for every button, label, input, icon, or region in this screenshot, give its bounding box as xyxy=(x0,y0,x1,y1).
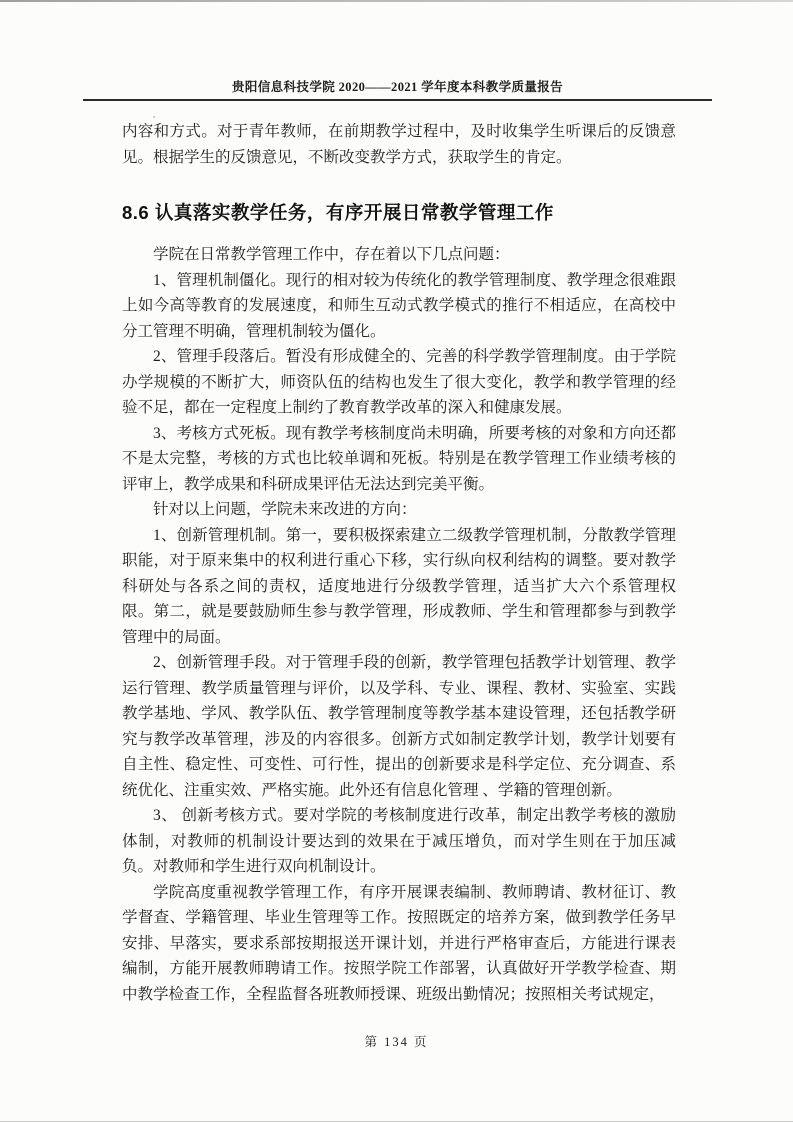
scan-speck xyxy=(227,212,229,214)
paragraph-improvement-intro: 针对以上问题，学院未来改进的方向： xyxy=(122,497,676,523)
header-running-title: 贵阳信息科技学院 2020——2021 学年度本科教学质量报告 xyxy=(232,77,563,95)
paragraph-continuation: 内容和方式。对于青年教师，在前期教学过程中，及时收集学生听课后的反馈意见。根据学… xyxy=(122,119,676,170)
paragraph-problem-3: 3、考核方式死板。现有教学考核制度尚未明确，所要考核的对象和方向还都不是太完整，… xyxy=(122,421,676,498)
section-heading-8-6: 8.6 认真落实教学任务，有序开展日常教学管理工作 xyxy=(122,200,676,226)
scan-speck xyxy=(153,116,155,118)
page-header: 贵阳信息科技学院 2020——2021 学年度本科教学质量报告 xyxy=(83,0,712,101)
paragraph-improvement-1: 1、创新管理机制。第一，要积极探索建立二级教学管理机制，分散教学管理职能，对于原… xyxy=(122,523,676,651)
page-footer: 第 134 页 xyxy=(0,1032,793,1051)
paragraph-improvement-2: 2、创新管理手段。对于管理手段的创新，教学管理包括教学计划管理、教学运行管理、教… xyxy=(122,650,676,803)
document-body: 内容和方式。对于青年教师，在前期教学过程中，及时收集学生听课后的反馈意见。根据学… xyxy=(122,119,676,1007)
paragraph-improvement-3: 3、 创新考核方式。要对学院的考核制度进行改革，制定出教学考核的激励体制，对教师… xyxy=(122,803,676,880)
paragraph-problems-intro: 学院在日常教学管理工作中，存在着以下几点问题： xyxy=(122,242,676,268)
paragraph-management-summary: 学院高度重视教学管理工作，有序开展课表编制、教师聘请、教材征订、教学督查、学籍管… xyxy=(122,880,676,1008)
page-number: 第 134 页 xyxy=(364,1035,428,1049)
paragraph-problem-1: 1、管理机制僵化。现行的相对较为传统化的教学管理制度、教学理念很难跟上如今高等教… xyxy=(122,268,676,345)
scanned-document-page: 贵阳信息科技学院 2020——2021 学年度本科教学质量报告 内容和方式。对于… xyxy=(0,0,793,1122)
paragraph-problem-2: 2、管理手段落后。暂没有形成健全的、完善的科学教学管理制度。由于学院办学规模的不… xyxy=(122,344,676,421)
